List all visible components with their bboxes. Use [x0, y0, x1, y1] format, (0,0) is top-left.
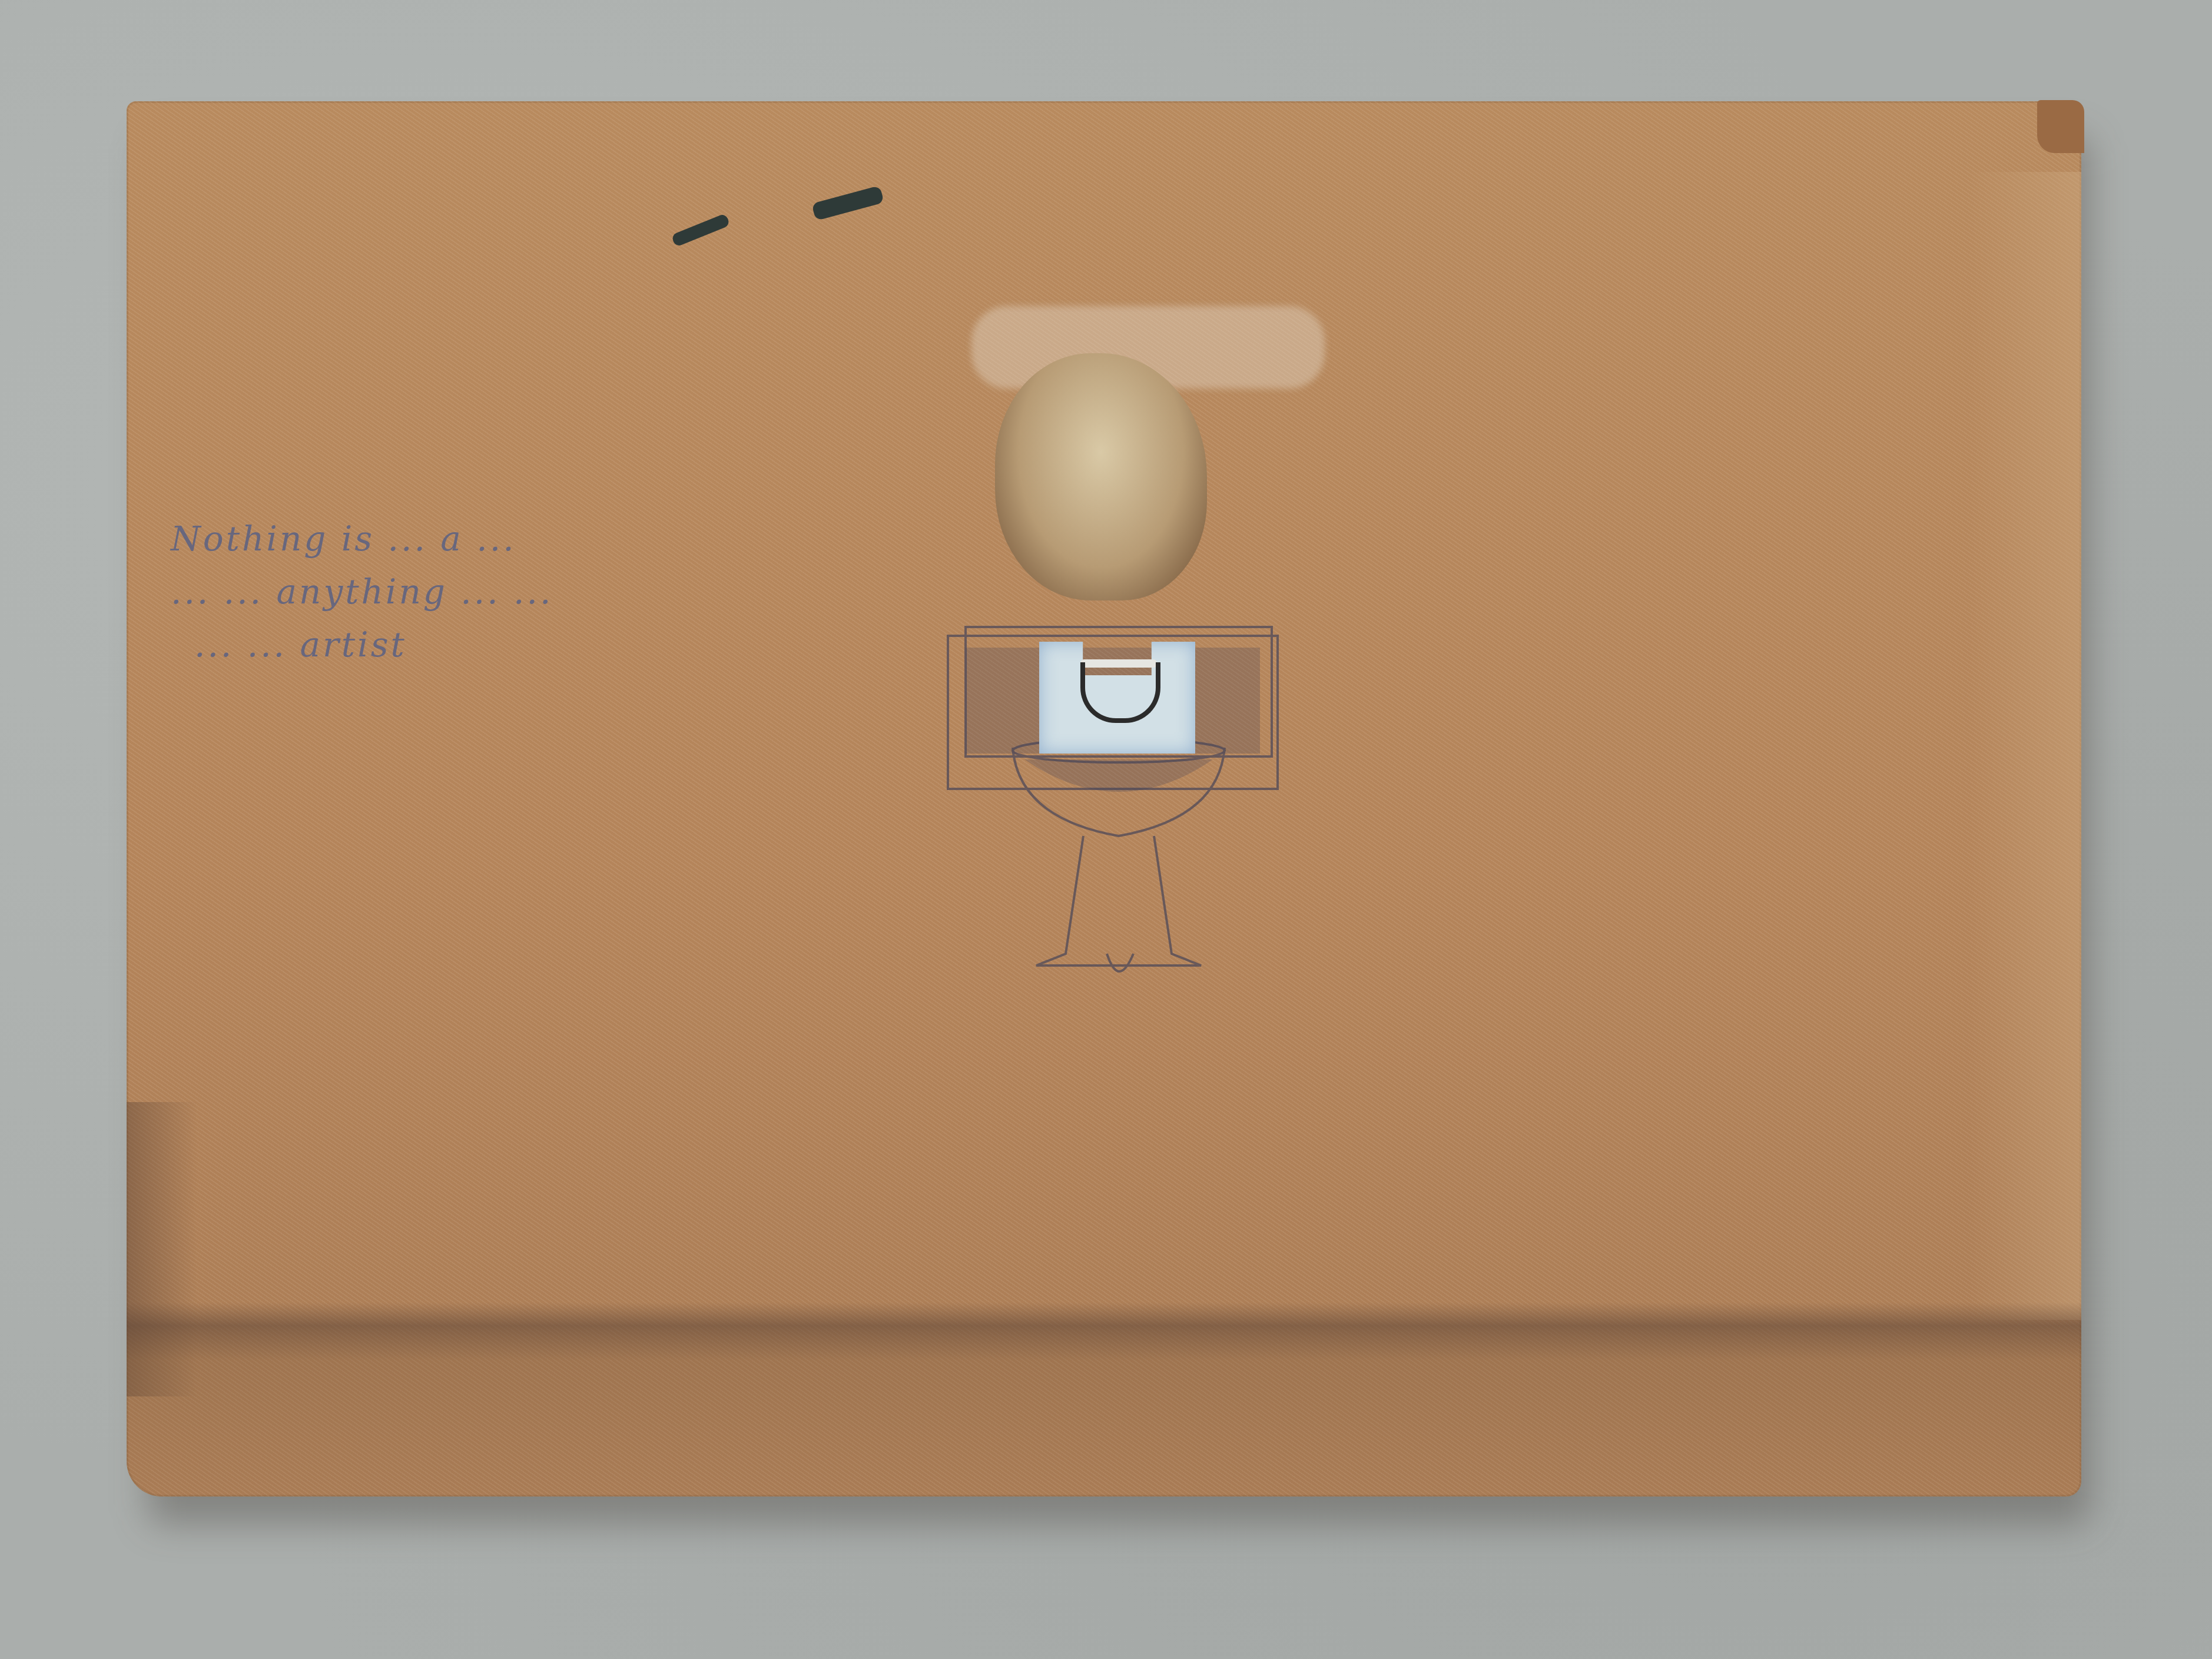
chipped-corner — [2037, 100, 2084, 153]
d-ring-hanger-icon — [1080, 662, 1160, 723]
torn-paper-residue — [995, 353, 1207, 600]
water-stain-right — [1969, 172, 2081, 1320]
handwritten-inscription: Nothing is ... a ... ... ... anything ..… — [171, 512, 553, 671]
inscription-line: Nothing is ... a ... — [171, 512, 553, 565]
inscription-line: ... ... artist — [171, 618, 553, 671]
inscription-line: ... ... anything ... ... — [171, 565, 553, 618]
water-stain-bottom — [127, 1302, 2081, 1497]
